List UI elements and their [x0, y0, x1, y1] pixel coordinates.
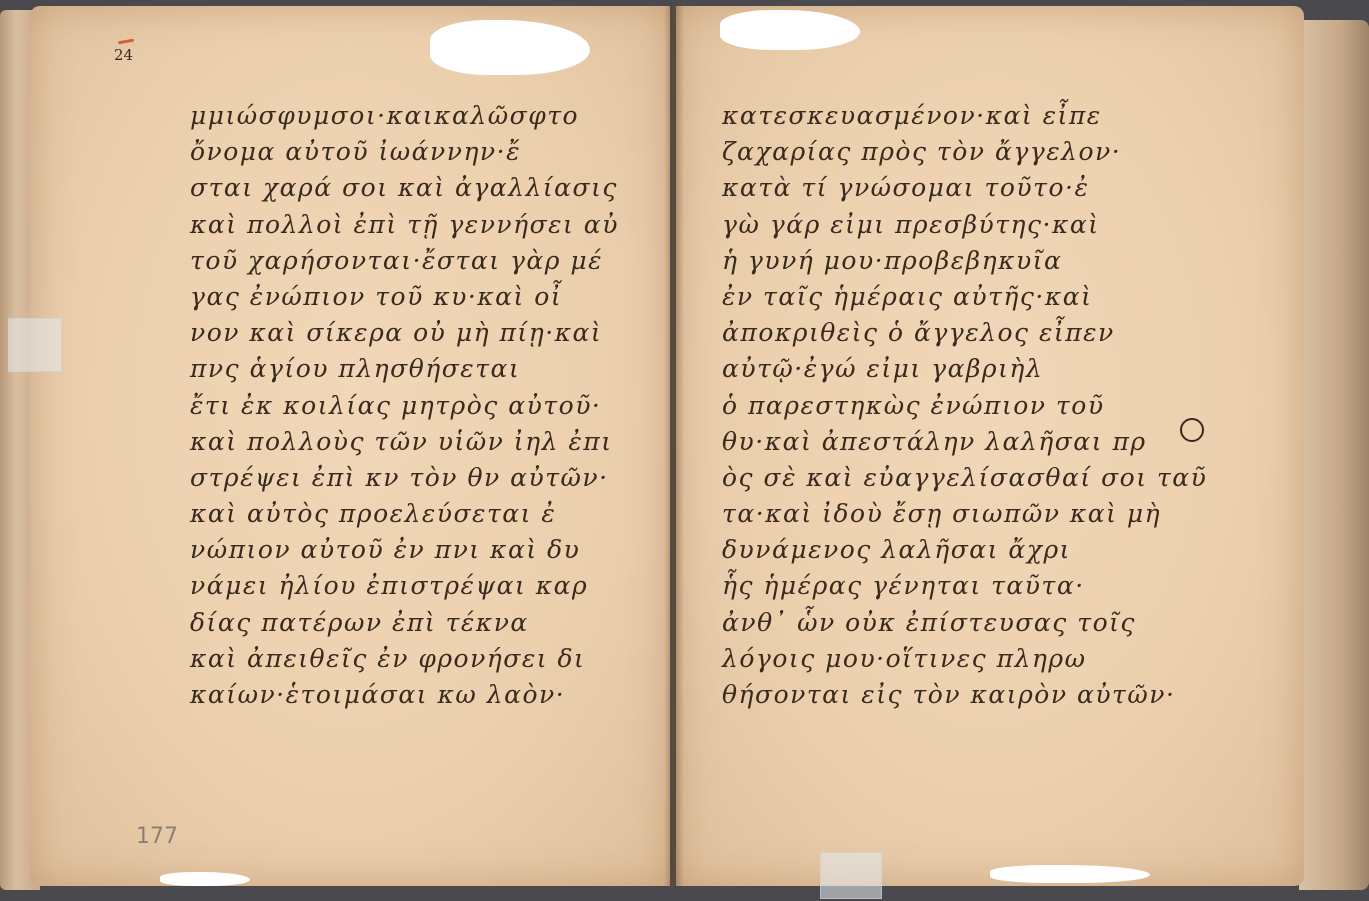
text-line: νάμει ἠλίου ἐπιστρέψαι καρ — [190, 568, 640, 604]
text-line: γὼ γάρ εἰμι πρεσβύτης·καὶ — [722, 207, 1192, 243]
text-line: ὄνομα αὐτοῦ ἰωάννην·ἔ — [190, 134, 640, 170]
text-line: μμιώσφυμσοι·καικαλῶσφτο — [190, 98, 640, 134]
folio-mark: 24 — [114, 46, 133, 64]
right-page-text: κατεσκευασμένον·καὶ εἶπε ζαχαρίας πρὸς τ… — [722, 98, 1192, 713]
text-line: ἡ γυνή μου·προβεβηκυῖα — [722, 243, 1192, 279]
repair-tape — [820, 852, 882, 899]
left-page-text: μμιώσφυμσοι·καικαλῶσφτο ὄνομα αὐτοῦ ἰωάν… — [190, 98, 640, 713]
text-line: κατεσκευασμένον·καὶ εἶπε — [722, 98, 1192, 134]
right-page: κατεσκευασμένον·καὶ εἶπε ζαχαρίας πρὸς τ… — [676, 6, 1304, 886]
text-line: νον καὶ σίκερα οὐ μὴ πίῃ·καὶ — [190, 315, 640, 351]
text-line: ἐν ταῖς ἡμέραις αὐτῆς·καὶ — [722, 279, 1192, 315]
text-line: νώπιον αὐτοῦ ἐν πνι καὶ δυ — [190, 532, 640, 568]
book-gutter — [664, 6, 684, 886]
manuscript-spread: 24 μμιώσφυμσοι·καικαλῶσφτο ὄνομα αὐτοῦ ἰ… — [0, 0, 1369, 901]
repair-tape — [8, 318, 62, 372]
text-line: δυνάμενος λαλῆσαι ἄχρι — [722, 532, 1192, 568]
text-line: καὶ αὐτὸς προελεύσεται ἐ — [190, 496, 640, 532]
text-line: τοῦ χαρήσονται·ἔσται γὰρ μέ — [190, 243, 640, 279]
right-page-edges — [1299, 20, 1369, 890]
text-line: σται χαρά σοι καὶ ἀγαλλίασις — [190, 170, 640, 206]
text-line: καὶ πολλοὶ ἐπὶ τῇ γεννήσει αὐ — [190, 207, 640, 243]
text-line: γας ἐνώπιον τοῦ κυ·καὶ οἶ — [190, 279, 640, 315]
left-page: 24 μμιώσφυμσοι·καικαλῶσφτο ὄνομα αὐτοῦ ἰ… — [30, 6, 670, 886]
text-line: στρέψει ἐπὶ κν τὸν θν αὐτῶν· — [190, 460, 640, 496]
text-line: ὸς σὲ καὶ εὐαγγελίσασθαί σοι ταῦ — [722, 460, 1192, 496]
text-line: καίων·ἑτοιμάσαι κω λαὸν· — [190, 677, 640, 713]
text-line: κατὰ τί γνώσομαι τοῦτο·ἐ — [722, 170, 1192, 206]
text-line: καὶ ἀπειθεῖς ἐν φρονήσει δι — [190, 641, 640, 677]
text-line: δίας πατέρων ἐπὶ τέκνα — [190, 605, 640, 641]
page-damage-hole — [720, 10, 860, 50]
text-line: ἀποκριθεὶς ὁ ἄγγελος εἶπεν — [722, 315, 1192, 351]
page-damage-hole — [990, 865, 1150, 883]
text-line: τα·καὶ ἰδοὺ ἔσῃ σιωπῶν καὶ μὴ — [722, 496, 1192, 532]
text-line: πνς ἁγίου πλησθήσεται — [190, 351, 640, 387]
page-damage-hole — [160, 872, 250, 886]
text-line: θήσονται εἰς τὸν καιρὸν αὐτῶν· — [722, 677, 1192, 713]
text-line: καὶ πολλοὺς τῶν υἱῶν ἰηλ ἐπι — [190, 424, 640, 460]
circled-margin-marker — [1180, 418, 1204, 442]
text-line: ζαχαρίας πρὸς τὸν ἄγγελον· — [722, 134, 1192, 170]
pencil-page-number: 177 — [136, 824, 178, 849]
text-line: ἀνθ᾽ ὧν οὐκ ἐπίστευσας τοῖς — [722, 605, 1192, 641]
text-line: ἧς ἡμέρας γένηται ταῦτα· — [722, 568, 1192, 604]
text-line: λόγοις μου·οἵτινες πληρω — [722, 641, 1192, 677]
text-line: θυ·καὶ ἀπεστάλην λαλῆσαι πρ — [722, 424, 1192, 460]
text-line: αὐτῷ·ἐγώ εἰμι γαβριὴλ — [722, 351, 1192, 387]
text-line: ὁ παρεστηκὼς ἐνώπιον τοῦ — [722, 388, 1192, 424]
text-line: ἔτι ἐκ κοιλίας μητρὸς αὐτοῦ· — [190, 388, 640, 424]
